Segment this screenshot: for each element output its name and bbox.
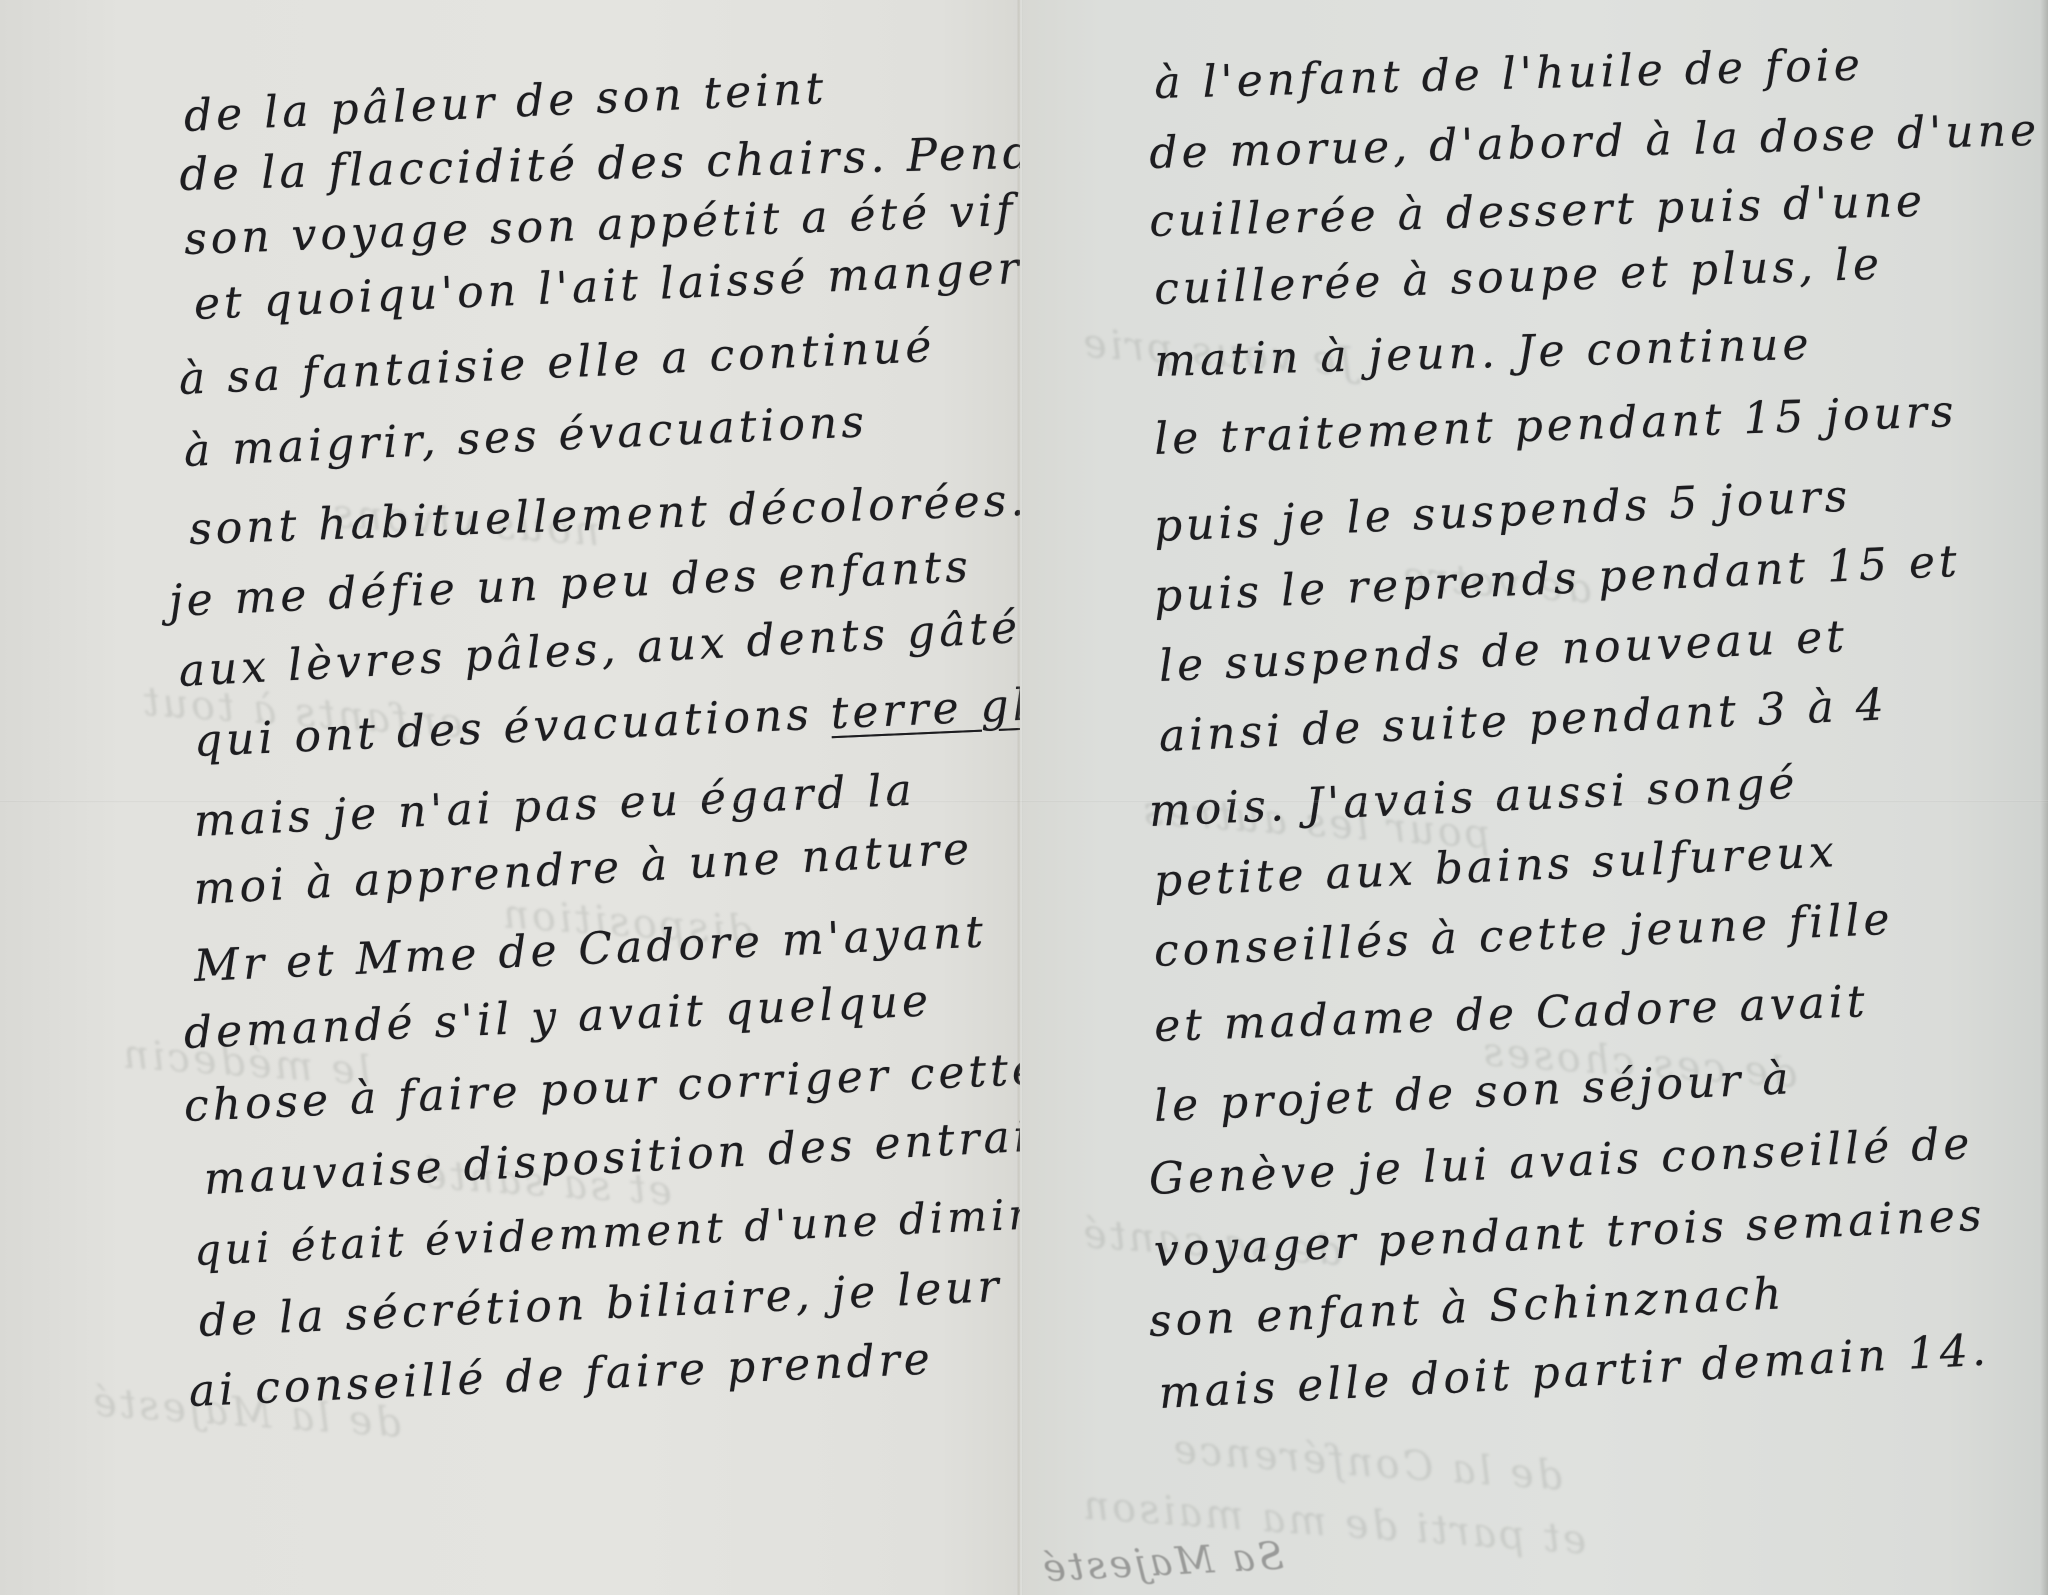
handwritten-line: de morue, d'abord à la dose d'une: [1149, 109, 2041, 176]
handwritten-line: à l'enfant de l'huile de foie: [1154, 43, 1864, 106]
letter-spread: nous vivons enfants à tout disposition l…: [0, 0, 2048, 1595]
center-fold: [1017, 0, 1023, 1595]
line-text: qui ont des évacuations: [193, 689, 814, 767]
handwritten-line: petite aux bains sulfureux: [1153, 830, 1839, 904]
handwritten-line: puis le reprends pendant 15 et: [1153, 540, 1961, 619]
horizontal-fold: [0, 800, 2048, 803]
handwritten-line: cuillerée à dessert puis d'une: [1149, 180, 1927, 244]
handwritten-line: demandé s'il y avait quelque: [183, 979, 933, 1056]
handwritten-line: cuillerée à soupe et plus, le: [1153, 243, 1883, 312]
handwritten-line: ainsi de suite pendant 3 à 4: [1158, 683, 1889, 759]
handwritten-line: puis je le suspends 5 jours: [1153, 475, 1852, 549]
handwritten-line: sont habituellement décolorées.: [188, 479, 1020, 552]
left-page-text: de la pâleur de son teint de la flaccidi…: [0, 0, 1020, 1595]
right-page: Je vous prie de votre pour les autres de…: [1020, 0, 2048, 1595]
handwritten-line: ai conseillé de faire prendre: [188, 1338, 934, 1414]
handwritten-line: et madame de Cadore avait: [1153, 980, 1869, 1049]
handwritten-line: le projet de son séjour à: [1153, 1057, 1793, 1129]
right-page-text: à l'enfant de l'huile de foie de morue, …: [1020, 0, 2048, 1595]
handwritten-line: conseillés à cette jeune fille: [1153, 898, 1894, 974]
handwritten-line: son enfant à Schinznach: [1148, 1272, 1786, 1344]
handwritten-line: de la pâleur de son teint: [183, 67, 828, 139]
handwritten-line: de la sécrétion biliaire, je leur: [198, 1265, 1003, 1344]
handwritten-line: mais elle doit partir demain 14.: [1158, 1329, 1991, 1416]
underlined-phrase: terre glaise.: [830, 674, 1020, 739]
handwritten-line: à maigrir, ses évacuations: [183, 400, 869, 474]
page-edge: [2040, 0, 2048, 1595]
left-page: nous vivons enfants à tout disposition l…: [0, 0, 1020, 1595]
handwritten-line: mois. J'avais aussi songé: [1148, 762, 1799, 834]
handwritten-line: qui était évidemment d'une diminution: [193, 1187, 1020, 1272]
handwritten-line: qui ont des évacuations terre glaise.: [193, 678, 1020, 764]
handwritten-line: Genève je lui avais conseillé de: [1148, 1122, 1974, 1202]
handwritten-line: le suspends de nouveau et: [1158, 615, 1849, 689]
handwritten-line: le traitement pendant 15 jours: [1153, 390, 1958, 462]
handwritten-line: de la flaccidité des chairs. Pendant: [179, 127, 1020, 197]
handwritten-line: voyager pendant trois semaines: [1153, 1194, 1986, 1274]
handwritten-line: à sa fantaisie elle a continué: [178, 325, 936, 402]
handwritten-line: matin à jeun. Je continue: [1154, 323, 1813, 384]
